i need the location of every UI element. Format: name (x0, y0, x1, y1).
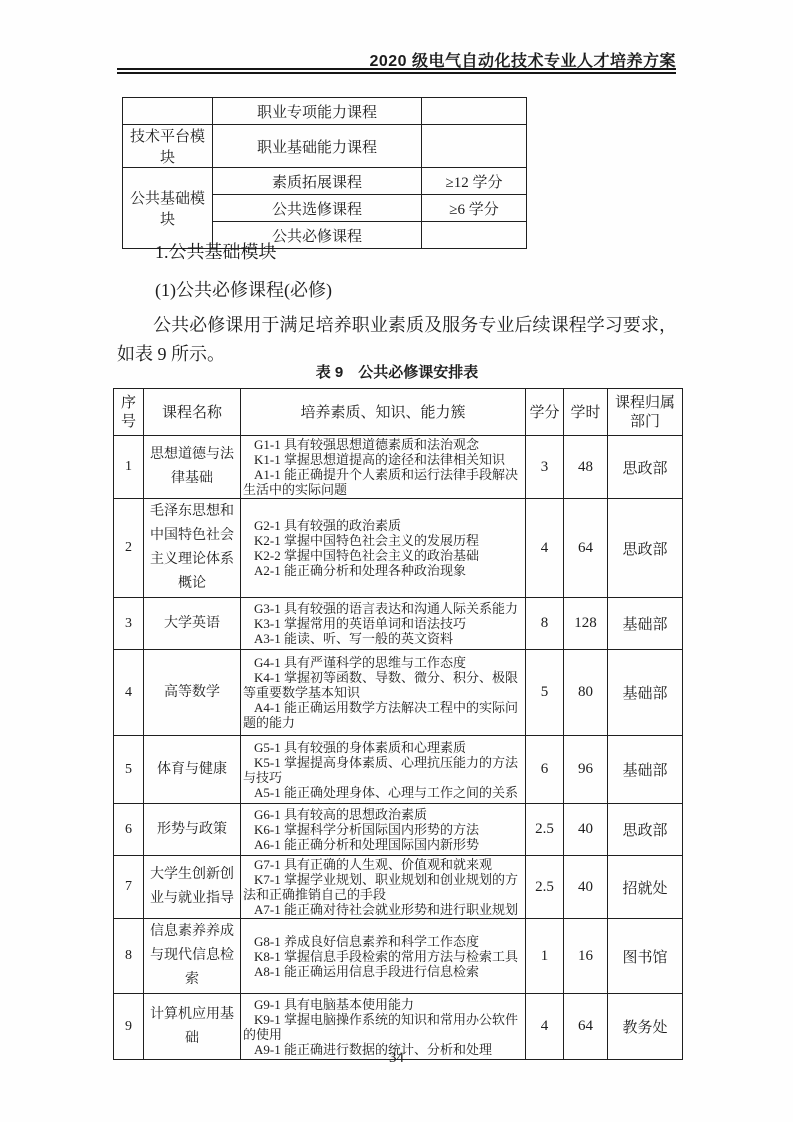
course-hours: 64 (564, 499, 608, 598)
required-course-table: 序号 课程名称 培养素质、知识、能力簇 学分 学时 课程归属部门 1 思想道德与… (113, 388, 683, 1060)
course-department: 基础部 (608, 650, 683, 736)
requirement-cell (422, 125, 527, 168)
ability-line: A7-1 能正确对待社会就业形势和进行职业规划 (243, 902, 523, 917)
header-hours: 学时 (564, 389, 608, 436)
ability-line: G7-1 具有正确的人生观、价值观和就来观 (243, 857, 523, 872)
course-credits: 4 (526, 499, 564, 598)
module-row: 公共基础模块 素质拓展课程 ≥12 学分 (123, 168, 527, 195)
ability-line: A5-1 能正确处理身体、心理与工作之间的关系 (243, 785, 523, 800)
document-page: 2020 级电气自动化技术专业人才培养方案 职业专项能力课程 技术平台模块 职业… (0, 0, 793, 1122)
header-abilities: 培养素质、知识、能力簇 (241, 389, 526, 436)
course-abilities: G6-1 具有较高的思想政治素质 K6-1 掌握科学分析国际国内形势的方法 A6… (241, 804, 526, 856)
ability-line: K6-1 掌握科学分析国际国内形势的方法 (243, 822, 523, 837)
course-row: 6 形势与政策 G6-1 具有较高的思想政治素质 K6-1 掌握科学分析国际国内… (114, 804, 683, 856)
ability-line: A1-1 能正确提升个人素质和运行法律手段解决生活中的实际问题 (243, 467, 523, 497)
course-abilities: G2-1 具有较强的政治素质 K2-1 掌握中国特色社会主义的发展历程 K2-2… (241, 499, 526, 598)
course-name: 大学生创新创业与就业指导 (144, 856, 241, 919)
course-table-header-row: 序号 课程名称 培养素质、知识、能力簇 学分 学时 课程归属部门 (114, 389, 683, 436)
course-hours: 16 (564, 919, 608, 994)
module-cell: 公共基础模块 (123, 168, 213, 249)
course-no: 6 (114, 804, 144, 856)
course-department: 思政部 (608, 499, 683, 598)
ability-line: G2-1 具有较强的政治素质 (243, 518, 523, 533)
course-abilities: G7-1 具有正确的人生观、价值观和就来观 K7-1 掌握学业规划、职业规划和创… (241, 856, 526, 919)
course-department: 基础部 (608, 736, 683, 804)
ability-line: G3-1 具有较强的语言表达和沟通人际关系能力 (243, 601, 523, 616)
ability-line: K3-1 掌握常用的英语单词和语法技巧 (243, 616, 523, 631)
course-name: 高等数学 (144, 650, 241, 736)
ability-line: G5-1 具有较强的身体素质和心理素质 (243, 740, 523, 755)
module-row: 职业专项能力课程 (123, 98, 527, 125)
page-number: 34 (0, 1050, 793, 1067)
course-no: 8 (114, 919, 144, 994)
requirement-cell: ≥6 学分 (422, 195, 527, 222)
ability-line: G8-1 养成良好信息素养和科学工作态度 (243, 934, 523, 949)
course-name: 毛泽东思想和中国特色社会主义理论体系概论 (144, 499, 241, 598)
ability-line: K1-1 掌握思想道提高的途径和法律相关知识 (243, 452, 523, 467)
ability-line: K2-2 掌握中国特色社会主义的政治基础 (243, 548, 523, 563)
course-hours: 40 (564, 804, 608, 856)
header-department: 课程归属部门 (608, 389, 683, 436)
course-hours: 80 (564, 650, 608, 736)
course-type-cell: 职业专项能力课程 (213, 98, 422, 125)
module-cell: 技术平台模块 (123, 125, 213, 168)
ability-line: A3-1 能读、听、写一般的英文资料 (243, 631, 523, 646)
course-type-cell: 素质拓展课程 (213, 168, 422, 195)
course-row: 2 毛泽东思想和中国特色社会主义理论体系概论 G2-1 具有较强的政治素质 K2… (114, 499, 683, 598)
course-name: 体育与健康 (144, 736, 241, 804)
course-abilities: G4-1 具有严谨科学的思维与工作态度 K4-1 掌握初等函数、导数、微分、积分… (241, 650, 526, 736)
course-credits: 3 (526, 436, 564, 499)
course-credits: 2.5 (526, 804, 564, 856)
course-department: 思政部 (608, 804, 683, 856)
ability-line: K7-1 掌握学业规划、职业规划和创业规划的方法和正确推销自己的手段 (243, 872, 523, 902)
module-summary-table: 职业专项能力课程 技术平台模块 职业基础能力课程 公共基础模块 素质拓展课程 ≥… (122, 97, 527, 249)
course-name: 思想道德与法律基础 (144, 436, 241, 499)
course-credits: 8 (526, 598, 564, 650)
course-no: 1 (114, 436, 144, 499)
course-credits: 5 (526, 650, 564, 736)
ability-line: A4-1 能正确运用数学方法解决工程中的实际问题的能力 (243, 700, 523, 730)
ability-line: K8-1 掌握信息手段检索的常用方法与检索工具 (243, 949, 523, 964)
course-row: 8 信息素养养成与现代信息检索 G8-1 养成良好信息素养和科学工作态度 K8-… (114, 919, 683, 994)
course-row: 4 高等数学 G4-1 具有严谨科学的思维与工作态度 K4-1 掌握初等函数、导… (114, 650, 683, 736)
section-heading-module: 1.公共基础模块 (155, 238, 277, 264)
course-row: 7 大学生创新创业与就业指导 G7-1 具有正确的人生观、价值观和就来观 K7-… (114, 856, 683, 919)
header-credits: 学分 (526, 389, 564, 436)
ability-line: G1-1 具有较强思想道德素质和法治观念 (243, 437, 523, 452)
course-department: 图书馆 (608, 919, 683, 994)
ability-line: G6-1 具有较高的思想政治素质 (243, 807, 523, 822)
course-no: 7 (114, 856, 144, 919)
ability-line: K2-1 掌握中国特色社会主义的发展历程 (243, 533, 523, 548)
ability-line: K5-1 掌握提高身体素质、心理抗压能力的方法与技巧 (243, 755, 523, 785)
course-name: 信息素养养成与现代信息检索 (144, 919, 241, 994)
course-no: 4 (114, 650, 144, 736)
ability-line: A6-1 能正确分析和处理国际国内新形势 (243, 837, 523, 852)
requirement-cell: ≥12 学分 (422, 168, 527, 195)
requirement-cell (422, 98, 527, 125)
header-no: 序号 (114, 389, 144, 436)
course-credits: 6 (526, 736, 564, 804)
course-department: 基础部 (608, 598, 683, 650)
ability-line: K9-1 掌握电脑操作系统的知识和常用办公软件的使用 (243, 1012, 523, 1042)
course-abilities: G1-1 具有较强思想道德素质和法治观念 K1-1 掌握思想道提高的途径和法律相… (241, 436, 526, 499)
ability-line: K4-1 掌握初等函数、导数、微分、积分、极限等重要数学基本知识 (243, 670, 523, 700)
module-row: 技术平台模块 职业基础能力课程 (123, 125, 527, 168)
course-hours: 40 (564, 856, 608, 919)
table-9-caption: 表 9 公共必修课安排表 (117, 361, 677, 382)
course-no: 2 (114, 499, 144, 598)
course-no: 3 (114, 598, 144, 650)
course-type-cell: 职业基础能力课程 (213, 125, 422, 168)
course-type-cell: 公共选修课程 (213, 195, 422, 222)
course-department: 思政部 (608, 436, 683, 499)
course-name: 大学英语 (144, 598, 241, 650)
course-row: 3 大学英语 G3-1 具有较强的语言表达和沟通人际关系能力 K3-1 掌握常用… (114, 598, 683, 650)
course-abilities: G5-1 具有较强的身体素质和心理素质 K5-1 掌握提高身体素质、心理抗压能力… (241, 736, 526, 804)
ability-line: G9-1 具有电脑基本使用能力 (243, 997, 523, 1012)
header-course-name: 课程名称 (144, 389, 241, 436)
header-double-rule (117, 68, 676, 74)
course-credits: 1 (526, 919, 564, 994)
course-row: 5 体育与健康 G5-1 具有较强的身体素质和心理素质 K5-1 掌握提高身体素… (114, 736, 683, 804)
course-abilities: G3-1 具有较强的语言表达和沟通人际关系能力 K3-1 掌握常用的英语单词和语… (241, 598, 526, 650)
course-hours: 48 (564, 436, 608, 499)
course-hours: 128 (564, 598, 608, 650)
requirement-cell (422, 222, 527, 249)
course-department: 招就处 (608, 856, 683, 919)
ability-line: G4-1 具有严谨科学的思维与工作态度 (243, 655, 523, 670)
section-heading-required-courses: (1)公共必修课程(必修) (155, 276, 332, 302)
module-cell-empty (123, 98, 213, 125)
course-hours: 96 (564, 736, 608, 804)
ability-line: A2-1 能正确分析和处理各种政治现象 (243, 563, 523, 578)
course-row: 1 思想道德与法律基础 G1-1 具有较强思想道德素质和法治观念 K1-1 掌握… (114, 436, 683, 499)
course-name: 形势与政策 (144, 804, 241, 856)
course-abilities: G8-1 养成良好信息素养和科学工作态度 K8-1 掌握信息手段检索的常用方法与… (241, 919, 526, 994)
course-no: 5 (114, 736, 144, 804)
ability-line: A8-1 能正确运用信息手段进行信息检索 (243, 964, 523, 979)
course-credits: 2.5 (526, 856, 564, 919)
